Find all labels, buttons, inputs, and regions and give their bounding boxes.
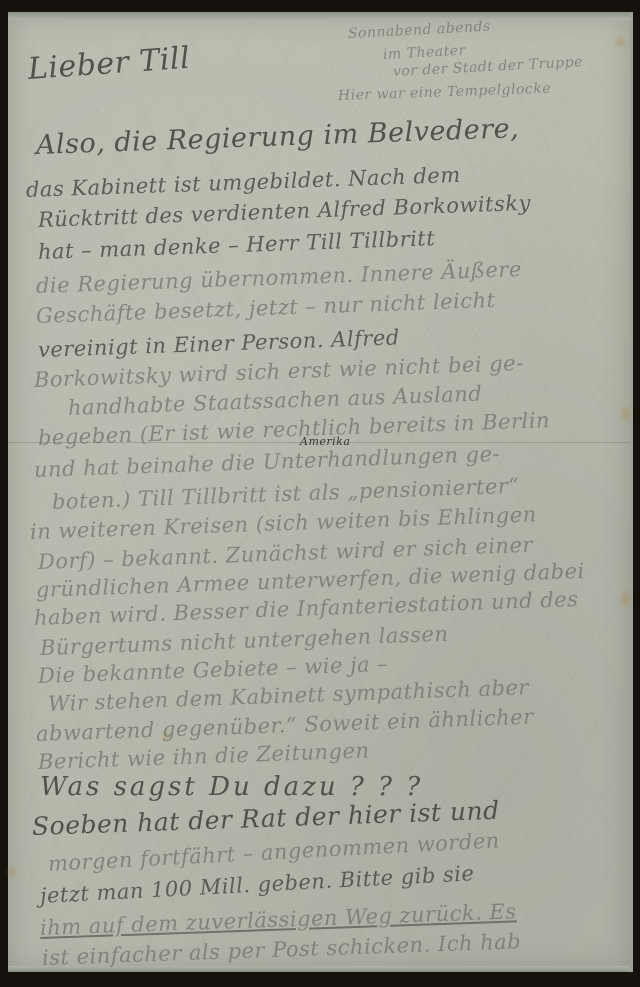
interlinear-note: Amerika bbox=[300, 435, 350, 448]
letter-question-line: Was sagst Du dazu ? ? ? bbox=[40, 772, 423, 802]
ink-stain bbox=[622, 407, 630, 421]
ink-stain bbox=[8, 867, 15, 877]
letter-line: Also, die Regierung im Belvedere, bbox=[35, 113, 519, 161]
corner-note-line: Sonnabend abends bbox=[348, 19, 491, 42]
ink-stain bbox=[616, 37, 624, 47]
salutation: Lieber Till bbox=[27, 41, 191, 87]
paper-top-edge bbox=[8, 12, 630, 20]
ink-stain bbox=[622, 592, 630, 606]
letter-line: hat – man denke – Herr Till Tillbritt bbox=[38, 226, 436, 264]
corner-note-line: Hier war eine Tempelglocke bbox=[338, 81, 552, 104]
letter-page: Sonnabend abends im Theater vor der Stad… bbox=[8, 12, 633, 972]
